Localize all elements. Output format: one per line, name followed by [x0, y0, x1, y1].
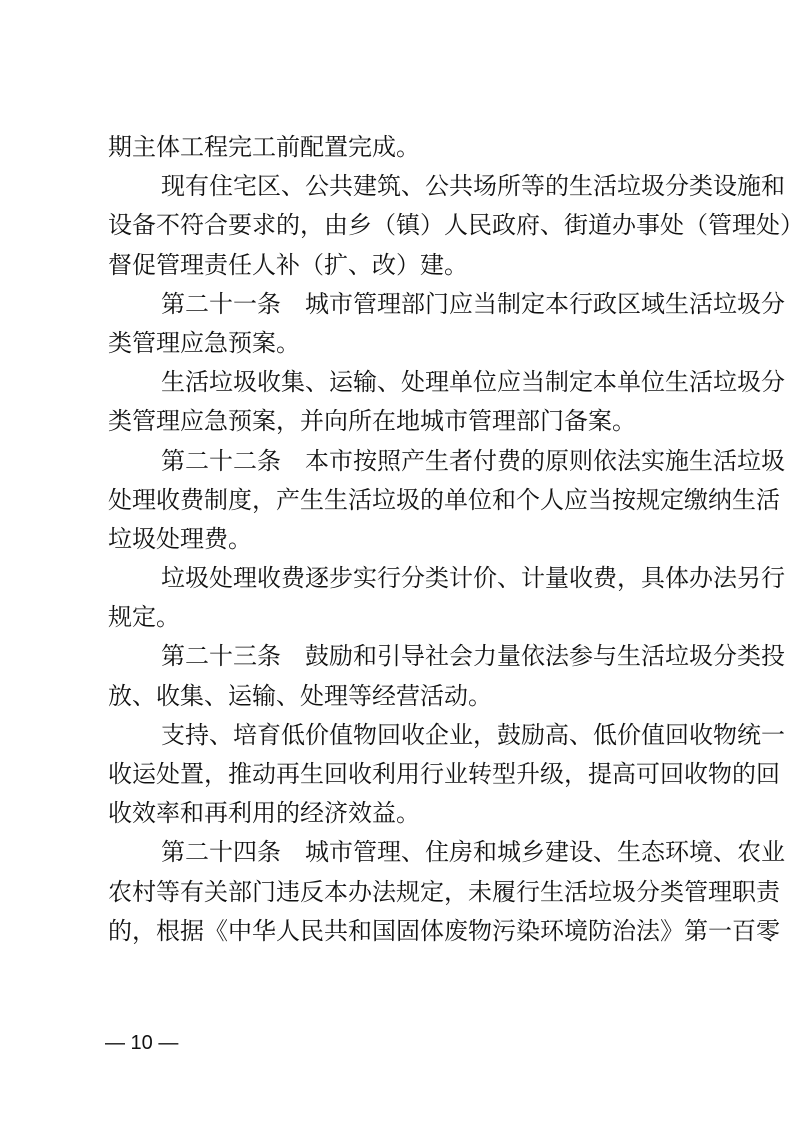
text-line: 类管理应急预案，并向所在地城市管理部门备案。	[108, 402, 698, 441]
text-line: 支持、培育低价值物回收企业，鼓励高、低价值回收物统一	[108, 716, 698, 755]
text-line: 收运处置，推动再生回收利用行业转型升级，提高可回收物的回	[108, 755, 698, 794]
article-21-heading-line: 第二十一条 城市管理部门应当制定本行政区域生活垃圾分	[108, 285, 698, 324]
text-line: 规定。	[108, 598, 698, 637]
text-line: 处理收费制度，产生生活垃圾的单位和个人应当按规定缴纳生活	[108, 481, 698, 520]
text-line: 收效率和再利用的经济效益。	[108, 794, 698, 833]
page-number: — 10 —	[105, 1030, 178, 1056]
text-line: 的，根据《中华人民共和国固体废物污染环境防治法》第一百零	[108, 912, 698, 951]
article-22-heading-line: 第二十二条 本市按照产生者付费的原则依法实施生活垃圾	[108, 442, 698, 481]
document-body: 期主体工程完工前配置完成。 现有住宅区、公共建筑、公共场所等的生活垃圾分类设施和…	[108, 128, 698, 951]
article-23-heading-line: 第二十三条 鼓励和引导社会力量依法参与生活垃圾分类投	[108, 637, 698, 676]
text-line: 设备不符合要求的，由乡（镇）人民政府、街道办事处（管理处）	[108, 206, 698, 245]
text-line: 类管理应急预案。	[108, 324, 698, 363]
document-page: 期主体工程完工前配置完成。 现有住宅区、公共建筑、公共场所等的生活垃圾分类设施和…	[0, 0, 793, 1122]
text-line: 垃圾处理收费逐步实行分类计价、计量收费，具体办法另行	[108, 559, 698, 598]
text-line: 农村等有关部门违反本办法规定，未履行生活垃圾分类管理职责	[108, 873, 698, 912]
text-line: 放、收集、运输、处理等经营活动。	[108, 677, 698, 716]
text-line: 督促管理责任人补（扩、改）建。	[108, 246, 698, 285]
text-line: 现有住宅区、公共建筑、公共场所等的生活垃圾分类设施和	[108, 167, 698, 206]
article-24-heading-line: 第二十四条 城市管理、住房和城乡建设、生态环境、农业	[108, 833, 698, 872]
text-line: 期主体工程完工前配置完成。	[108, 128, 698, 167]
text-line: 垃圾处理费。	[108, 520, 698, 559]
text-line: 生活垃圾收集、运输、处理单位应当制定本单位生活垃圾分	[108, 363, 698, 402]
